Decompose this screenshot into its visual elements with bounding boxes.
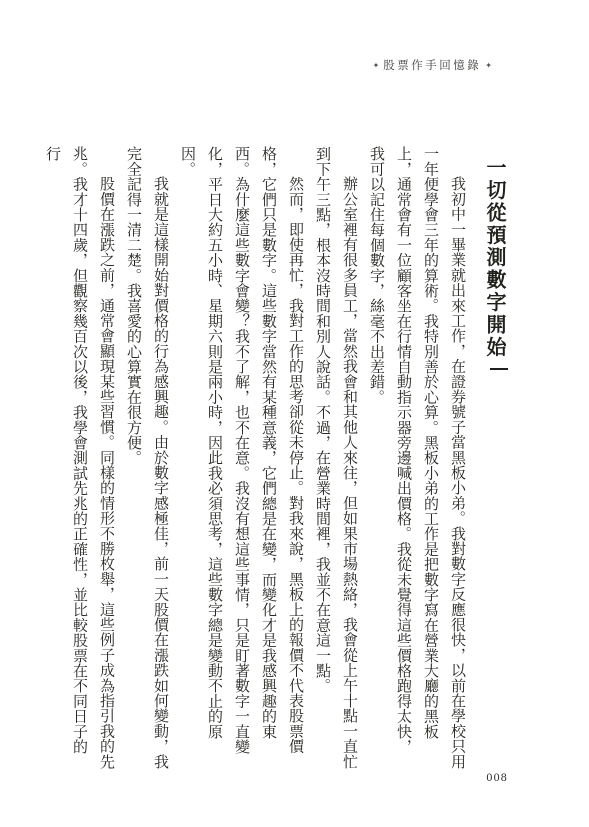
running-header-book-title: 股票作手回憶錄 [383, 60, 481, 72]
body-paragraph: 股價在漲跌之前，通常會顯現某些習慣。同樣的情形不勝枚舉，這些例子成為指引我的先兆… [38, 146, 119, 769]
chapter-title-end-rule-icon [490, 368, 508, 370]
body-paragraph: 辦公室裡有很多員工，當然我會和其他人來往，但如果市場熱絡，我會從上午十點一直忙到… [308, 146, 362, 769]
running-header: ✦股票作手回憶錄✦ [369, 57, 496, 73]
body-paragraph: 我初中一畢業就出來工作，在證券號子當黑板小弟。我對數字反應很快，以前在學校只用一… [362, 146, 470, 769]
ornament-star-right-icon: ✦ [481, 61, 496, 70]
book-page: ✦股票作手回憶錄✦ 一切從預測數字開始 我初中一畢業就出來工作，在證券號子當黑板… [0, 0, 589, 827]
body-paragraph: 然而，即使再忙，我對工作的思考卻從未停止。對我來說，黑板上的報價不代表股票價格，… [173, 146, 308, 769]
ornament-star-left-icon: ✦ [369, 61, 384, 70]
body-paragraph: 我就是這樣開始對價格的行為感興趣。由於數字感極佳，前一天股價在漲跌如何變動，我完… [119, 146, 173, 769]
page-text-block: 一切從預測數字開始 我初中一畢業就出來工作，在證券號子當黑板小弟。我對數字反應很… [38, 146, 509, 769]
chapter-title: 一切從預測數字開始 [479, 146, 509, 769]
page-number: 008 [486, 770, 508, 785]
chapter-title-text: 一切從預測數字開始 [483, 157, 505, 359]
chapter-body: 我初中一畢業就出來工作，在證券號子當黑板小弟。我對數字反應很快，以前在學校只用一… [38, 146, 470, 769]
